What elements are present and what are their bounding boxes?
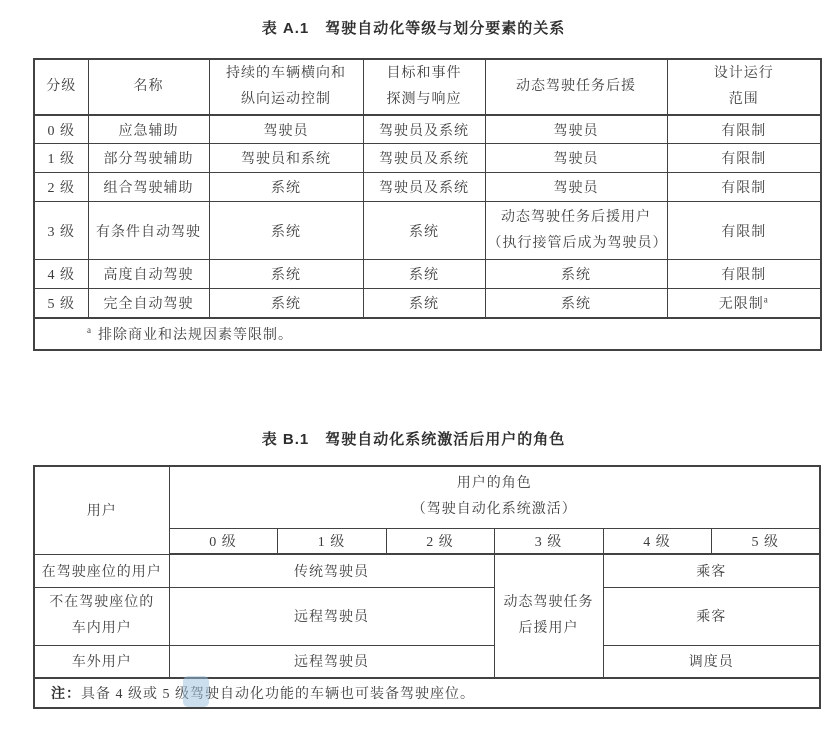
row-header: 在驾驶座位的用户	[34, 554, 169, 587]
table-row: 1 级 部分驾驶辅助 驾驶员和系统 驾驶员及系统 驾驶员 有限制	[34, 144, 821, 173]
level-header: 1 级	[277, 528, 386, 554]
footnote-text: 排除商业和法规因素等限制。	[98, 328, 293, 343]
document-page: 表 A.1 驾驶自动化等级与划分要素的关系 分级 名称 持续的车辆横向和 纵向运…	[0, 0, 827, 730]
note-cell: 注：具备 4 级或 5 级驾驶自动化功能的车辆也可装备驾驶座位。	[34, 678, 820, 708]
table-cell: 有限制	[667, 260, 821, 289]
footnote-marker: a	[87, 325, 92, 335]
level-header: 3 级	[494, 528, 603, 554]
table-cell: 部分驾驶辅助	[88, 144, 209, 173]
table-cell: 有条件自动驾驶	[88, 202, 209, 260]
table-row: 在驾驶座位的用户 传统驾驶员 动态驾驶任务 后援用户 乘客	[34, 554, 820, 587]
footnote-cell: a排除商业和法规因素等限制。	[34, 318, 821, 350]
column-header: 持续的车辆横向和 纵向运动控制	[209, 59, 363, 115]
table-cell: 驾驶员及系统	[363, 173, 485, 202]
table-cell: 动态驾驶任务后援用户 （执行接管后成为驾驶员）	[485, 202, 667, 260]
table-cell: 驾驶员及系统	[363, 115, 485, 144]
table-cell: 驾驶员	[485, 144, 667, 173]
table-cell: 驾驶员和系统	[209, 144, 363, 173]
note-text: 具备 4 级或 5 级驾驶自动化功能的车辆也可装备驾驶座位。	[81, 687, 475, 702]
table-cell: 无限制a	[667, 289, 821, 318]
table-b-header-row: 用户 用户的角色 （驾驶自动化系统激活）	[34, 466, 820, 528]
column-header: 名称	[88, 59, 209, 115]
table-row: 不在驾驶座位的 车内用户 远程驾驶员 乘客	[34, 587, 820, 645]
footnote-ref: a	[764, 294, 769, 304]
table-cell: 远程驾驶员	[169, 645, 494, 678]
table-row: 4 级 高度自动驾驶 系统 系统 系统 有限制	[34, 260, 821, 289]
table-cell: 系统	[209, 202, 363, 260]
level-cell: 4 级	[34, 260, 88, 289]
row-header: 不在驾驶座位的 车内用户	[34, 587, 169, 645]
table-cell: 传统驾驶员	[169, 554, 494, 587]
table-cell: 乘客	[603, 554, 820, 587]
table-b: 用户 用户的角色 （驾驶自动化系统激活） 0 级 1 级 2 级 3 级 4 级…	[33, 465, 821, 709]
table-cell: 系统	[363, 289, 485, 318]
table-row: 3 级 有条件自动驾驶 系统 系统 动态驾驶任务后援用户 （执行接管后成为驾驶员…	[34, 202, 821, 260]
note-label: 注：	[51, 685, 81, 701]
table-cell: 驾驶员	[485, 115, 667, 144]
level-header: 5 级	[711, 528, 820, 554]
table-cell: 完全自动驾驶	[88, 289, 209, 318]
table-cell: 应急辅助	[88, 115, 209, 144]
table-cell: 驾驶员及系统	[363, 144, 485, 173]
table-cell: 驾驶员	[209, 115, 363, 144]
table-row: 5 级 完全自动驾驶 系统 系统 系统 无限制a	[34, 289, 821, 318]
column-header: 用户	[34, 466, 169, 554]
level-header: 2 级	[386, 528, 494, 554]
level-cell: 1 级	[34, 144, 88, 173]
level-header: 4 级	[603, 528, 711, 554]
table-cell: 系统	[209, 289, 363, 318]
table-row: 0 级 应急辅助 驾驶员 驾驶员及系统 驾驶员 有限制	[34, 115, 821, 144]
table-cell: 动态驾驶任务 后援用户	[494, 554, 603, 678]
column-header: 设计运行 范围	[667, 59, 821, 115]
table-row: 车外用户 远程驾驶员 调度员	[34, 645, 820, 678]
table-cell: 系统	[209, 260, 363, 289]
column-header: 目标和事件 探测与响应	[363, 59, 485, 115]
table-cell: 有限制	[667, 144, 821, 173]
table-cell: 有限制	[667, 173, 821, 202]
table-a-header-row: 分级 名称 持续的车辆横向和 纵向运动控制 目标和事件 探测与响应 动态驾驶任务…	[34, 59, 821, 115]
table-cell: 有限制	[667, 115, 821, 144]
table-cell: 有限制	[667, 202, 821, 260]
column-header: 分级	[34, 59, 88, 115]
table-cell: 系统	[485, 260, 667, 289]
table-a-title: 表 A.1 驾驶自动化等级与划分要素的关系	[0, 17, 827, 38]
table-cell: 远程驾驶员	[169, 587, 494, 645]
level-cell: 3 级	[34, 202, 88, 260]
table-cell: 驾驶员	[485, 173, 667, 202]
table-row: 2 级 组合驾驶辅助 系统 驾驶员及系统 驾驶员 有限制	[34, 173, 821, 202]
table-cell: 乘客	[603, 587, 820, 645]
column-header: 用户的角色 （驾驶自动化系统激活）	[169, 466, 820, 528]
level-cell: 5 级	[34, 289, 88, 318]
level-cell: 2 级	[34, 173, 88, 202]
table-cell: 高度自动驾驶	[88, 260, 209, 289]
table-a: 分级 名称 持续的车辆横向和 纵向运动控制 目标和事件 探测与响应 动态驾驶任务…	[33, 58, 822, 351]
table-a-footnote-row: a排除商业和法规因素等限制。	[34, 318, 821, 350]
table-b-title: 表 B.1 驾驶自动化系统激活后用户的角色	[0, 428, 827, 449]
column-header: 动态驾驶任务后援	[485, 59, 667, 115]
table-cell: 系统	[363, 260, 485, 289]
level-cell: 0 级	[34, 115, 88, 144]
table-cell: 组合驾驶辅助	[88, 173, 209, 202]
table-cell: 系统	[363, 202, 485, 260]
table-cell: 调度员	[603, 645, 820, 678]
table-b-note-row: 注：具备 4 级或 5 级驾驶自动化功能的车辆也可装备驾驶座位。	[34, 678, 820, 708]
level-header: 0 级	[169, 528, 277, 554]
table-cell: 系统	[485, 289, 667, 318]
table-cell: 系统	[209, 173, 363, 202]
row-header: 车外用户	[34, 645, 169, 678]
cell-text: 无限制	[719, 297, 764, 312]
